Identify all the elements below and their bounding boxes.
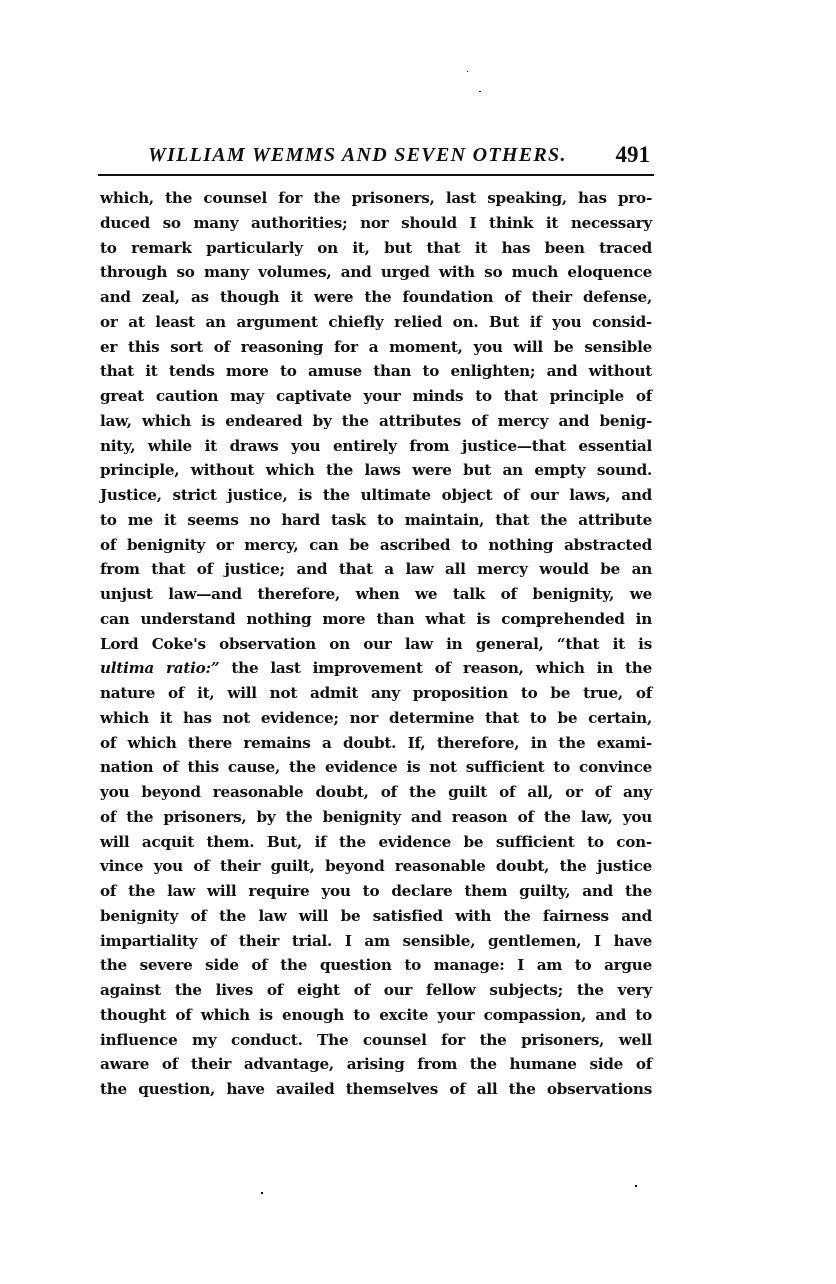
scan-speck	[479, 91, 481, 92]
page-number: 491	[616, 142, 651, 168]
text-line: of the law will require you to declare t…	[100, 879, 652, 904]
text-line: unjust law—and therefore, when we talk o…	[100, 582, 652, 607]
text-line: nation of this cause, the evidence is no…	[100, 755, 652, 780]
text-line: that it tends more to amuse than to enli…	[100, 359, 652, 384]
text-line: Justice, strict justice, is the ultimate…	[100, 483, 652, 508]
text-line: benignity of the law will be satisfied w…	[100, 904, 652, 929]
text-line: of benignity or mercy, can be ascribed t…	[100, 533, 652, 558]
header-rule	[98, 174, 654, 176]
text-line: you beyond reasonable doubt, of the guil…	[100, 780, 652, 805]
text-line: aware of their advantage, arising from t…	[100, 1052, 652, 1077]
text-line: through so many volumes, and urged with …	[100, 260, 652, 285]
body-text: which, the counsel for the prisoners, la…	[100, 186, 652, 1102]
running-title: WILLIAM WEMMS AND SEVEN OTHERS.	[148, 144, 567, 167]
text-line: can understand nothing more than what is…	[100, 607, 652, 632]
text-line: against the lives of eight of our fellow…	[100, 978, 652, 1003]
text-line: of the prisoners, by the benignity and r…	[100, 805, 652, 830]
text-line-remainder: the last improvement of reason, which in…	[219, 659, 652, 677]
text-line: principle, without which the laws were b…	[100, 458, 652, 483]
text-line: the question, have availed themselves of…	[100, 1077, 652, 1102]
italic-latin-phrase: ultima ratio:”	[100, 659, 219, 677]
text-line: from that of justice; and that a law all…	[100, 557, 652, 582]
text-line: great caution may captivate your minds t…	[100, 384, 652, 409]
scan-speck	[261, 1192, 263, 1194]
text-line: impartiality of their trial. I am sensib…	[100, 929, 652, 954]
text-line: influence my conduct. The counsel for th…	[100, 1028, 652, 1053]
text-line: duced so many authorities; nor should I …	[100, 211, 652, 236]
text-line: of which there remains a doubt. If, ther…	[100, 731, 652, 756]
text-line: to remark particularly on it, but that i…	[100, 236, 652, 261]
text-line: which, the counsel for the prisoners, la…	[100, 186, 652, 211]
text-line: thought of which is enough to excite you…	[100, 1003, 652, 1028]
text-line: and zeal, as though it were the foundati…	[100, 285, 652, 310]
text-line: nature of it, will not admit any proposi…	[100, 681, 652, 706]
text-line: nity, while it draws you entirely from j…	[100, 434, 652, 459]
text-line-with-italic: ultima ratio:” the last improvement of r…	[100, 656, 652, 681]
scan-speck	[467, 71, 468, 72]
text-line: which it has not evidence; nor determine…	[100, 706, 652, 731]
text-line: the severe side of the question to manag…	[100, 953, 652, 978]
text-line: law, which is endeared by the attributes…	[100, 409, 652, 434]
text-line: vince you of their guilt, beyond reasona…	[100, 854, 652, 879]
text-line: or at least an argument chiefly relied o…	[100, 310, 652, 335]
running-head: WILLIAM WEMMS AND SEVEN OTHERS. 491	[100, 140, 652, 170]
text-line: to me it seems no hard task to maintain,…	[100, 508, 652, 533]
text-line: er this sort of reasoning for a moment, …	[100, 335, 652, 360]
scan-speck	[635, 1185, 637, 1187]
text-line: will acquit them. But, if the evidence b…	[100, 830, 652, 855]
text-line: Lord Coke's observation on our law in ge…	[100, 632, 652, 657]
